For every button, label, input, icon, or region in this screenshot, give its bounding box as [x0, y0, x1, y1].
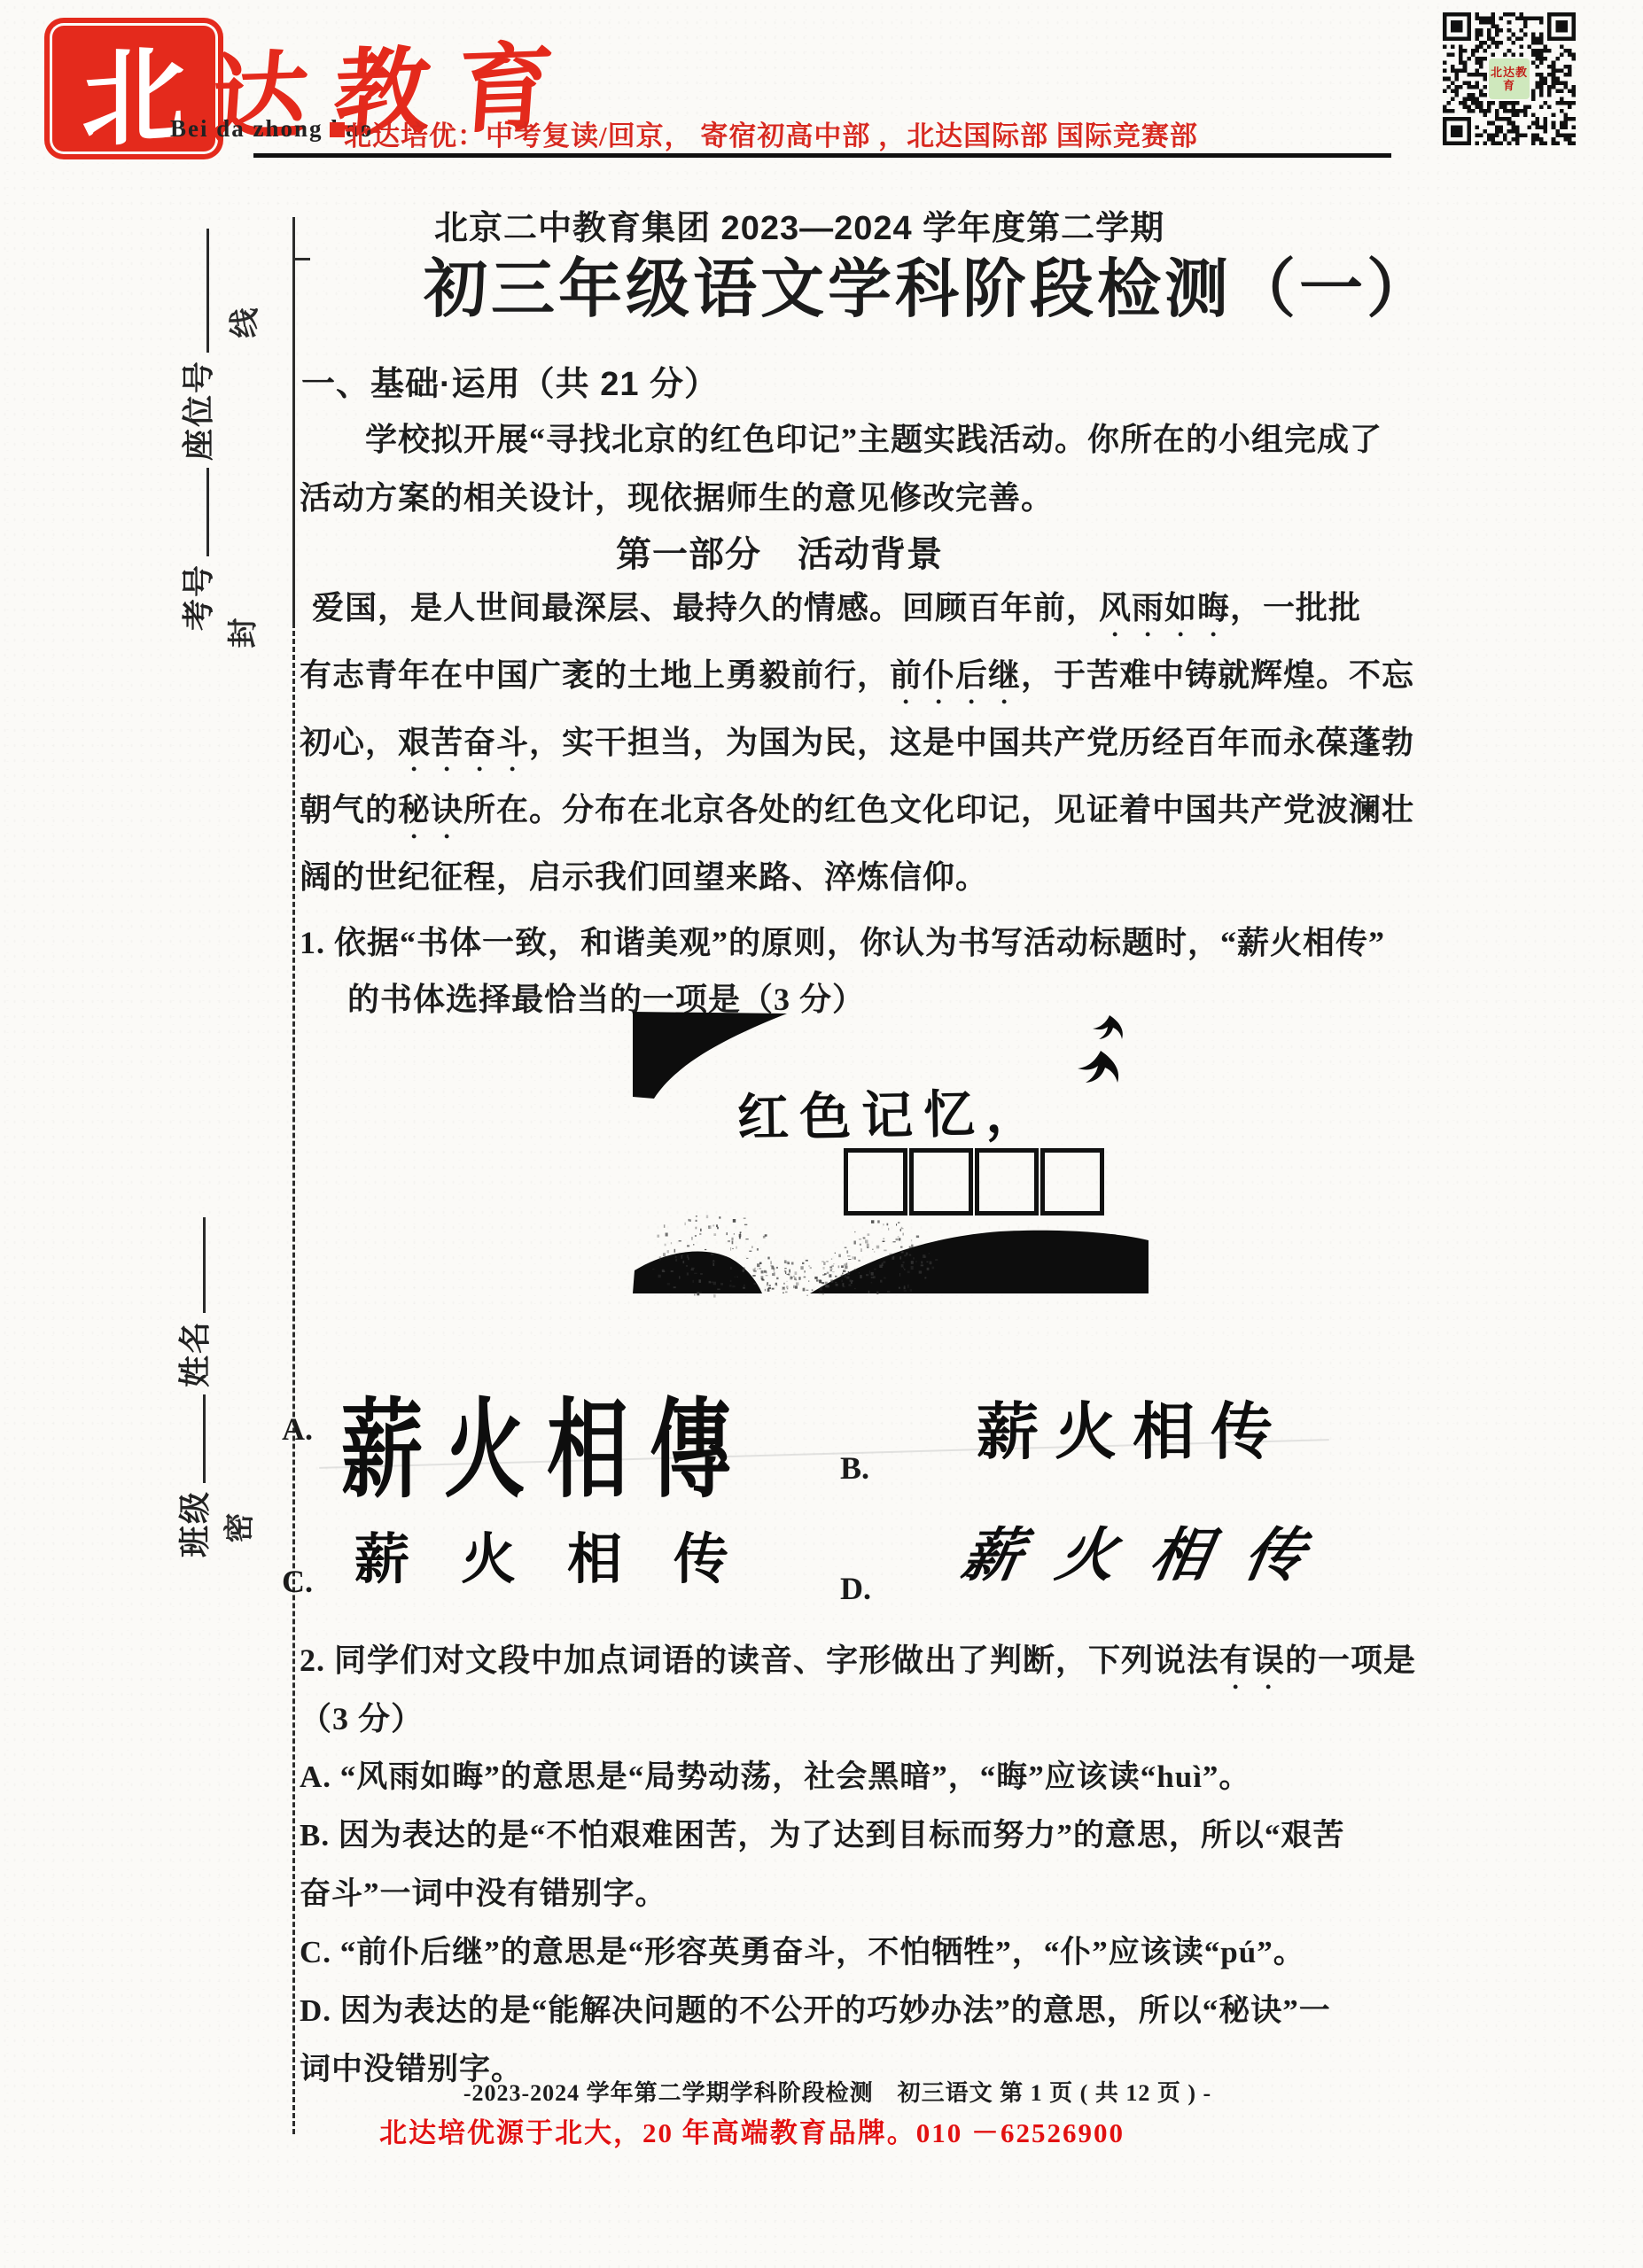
footer-promo: 北达培优源于北大，20 年高端教育品牌。010 －62526900 [379, 2110, 1125, 2150]
q2-option-a: A. “风雨如晦”的意思是“局势动荡，社会黑暗”，“晦”应该读“huì”。 [300, 1752, 1250, 1797]
option-c-label: C. [282, 1563, 313, 1600]
scanned-exam-page: 北 达教育 Bei da zhong kao 北达培优：中考复读/回京， 寄宿初… [0, 0, 1643, 2268]
q2-option-b: B. 因为表达的是“不怕艰难困苦，为了达到目标而努力”的意思，所以“艰苦 [300, 1811, 1344, 1855]
option-d-running-script: 薪火相传 [957, 1508, 1348, 1592]
q2-option-b-cont: 奋斗”一词中没有错别字。 [300, 1869, 667, 1914]
q2-option-d: D. 因为表达的是“能解决问题的不公开的巧妙办法”的意思，所以“秘诀”一 [300, 1986, 1331, 2031]
option-b-label: B. [840, 1449, 869, 1487]
writing-box [909, 1148, 973, 1216]
writing-box [844, 1148, 907, 1216]
writing-box [975, 1148, 1039, 1216]
option-b-bold-script: 薪火相传 [977, 1382, 1289, 1472]
q2-option-c: C. “前仆后继”的意思是“形容英勇奋斗，不怕牺牲”，“仆”应该读“pú”。 [300, 1928, 1305, 1972]
bird-icon [1093, 1015, 1123, 1039]
option-c-regular-script: 薪火相传 [354, 1515, 780, 1594]
footer-page-info: -2023-2024 学年第二学期学科阶段检测 初三语文 第 1 页 ( 共 1… [350, 2075, 1325, 2108]
right-hill [810, 1231, 1149, 1293]
option-a-seal-script: 薪火相傳 [341, 1364, 752, 1518]
option-d-label: D. [840, 1570, 871, 1607]
option-a-label: A. [282, 1410, 313, 1448]
bird-icon [1078, 1051, 1118, 1083]
writing-box [1040, 1148, 1104, 1216]
calligraphy-title: 红色记忆， [736, 1071, 1047, 1151]
left-hill [633, 1251, 762, 1293]
q2-stem-points: （3 分） [300, 1694, 424, 1739]
q2-stem: 2. 同学们对文段中加点词语的读音、字形做出了判断，下列说法有误的一项是 [300, 1635, 1416, 1696]
